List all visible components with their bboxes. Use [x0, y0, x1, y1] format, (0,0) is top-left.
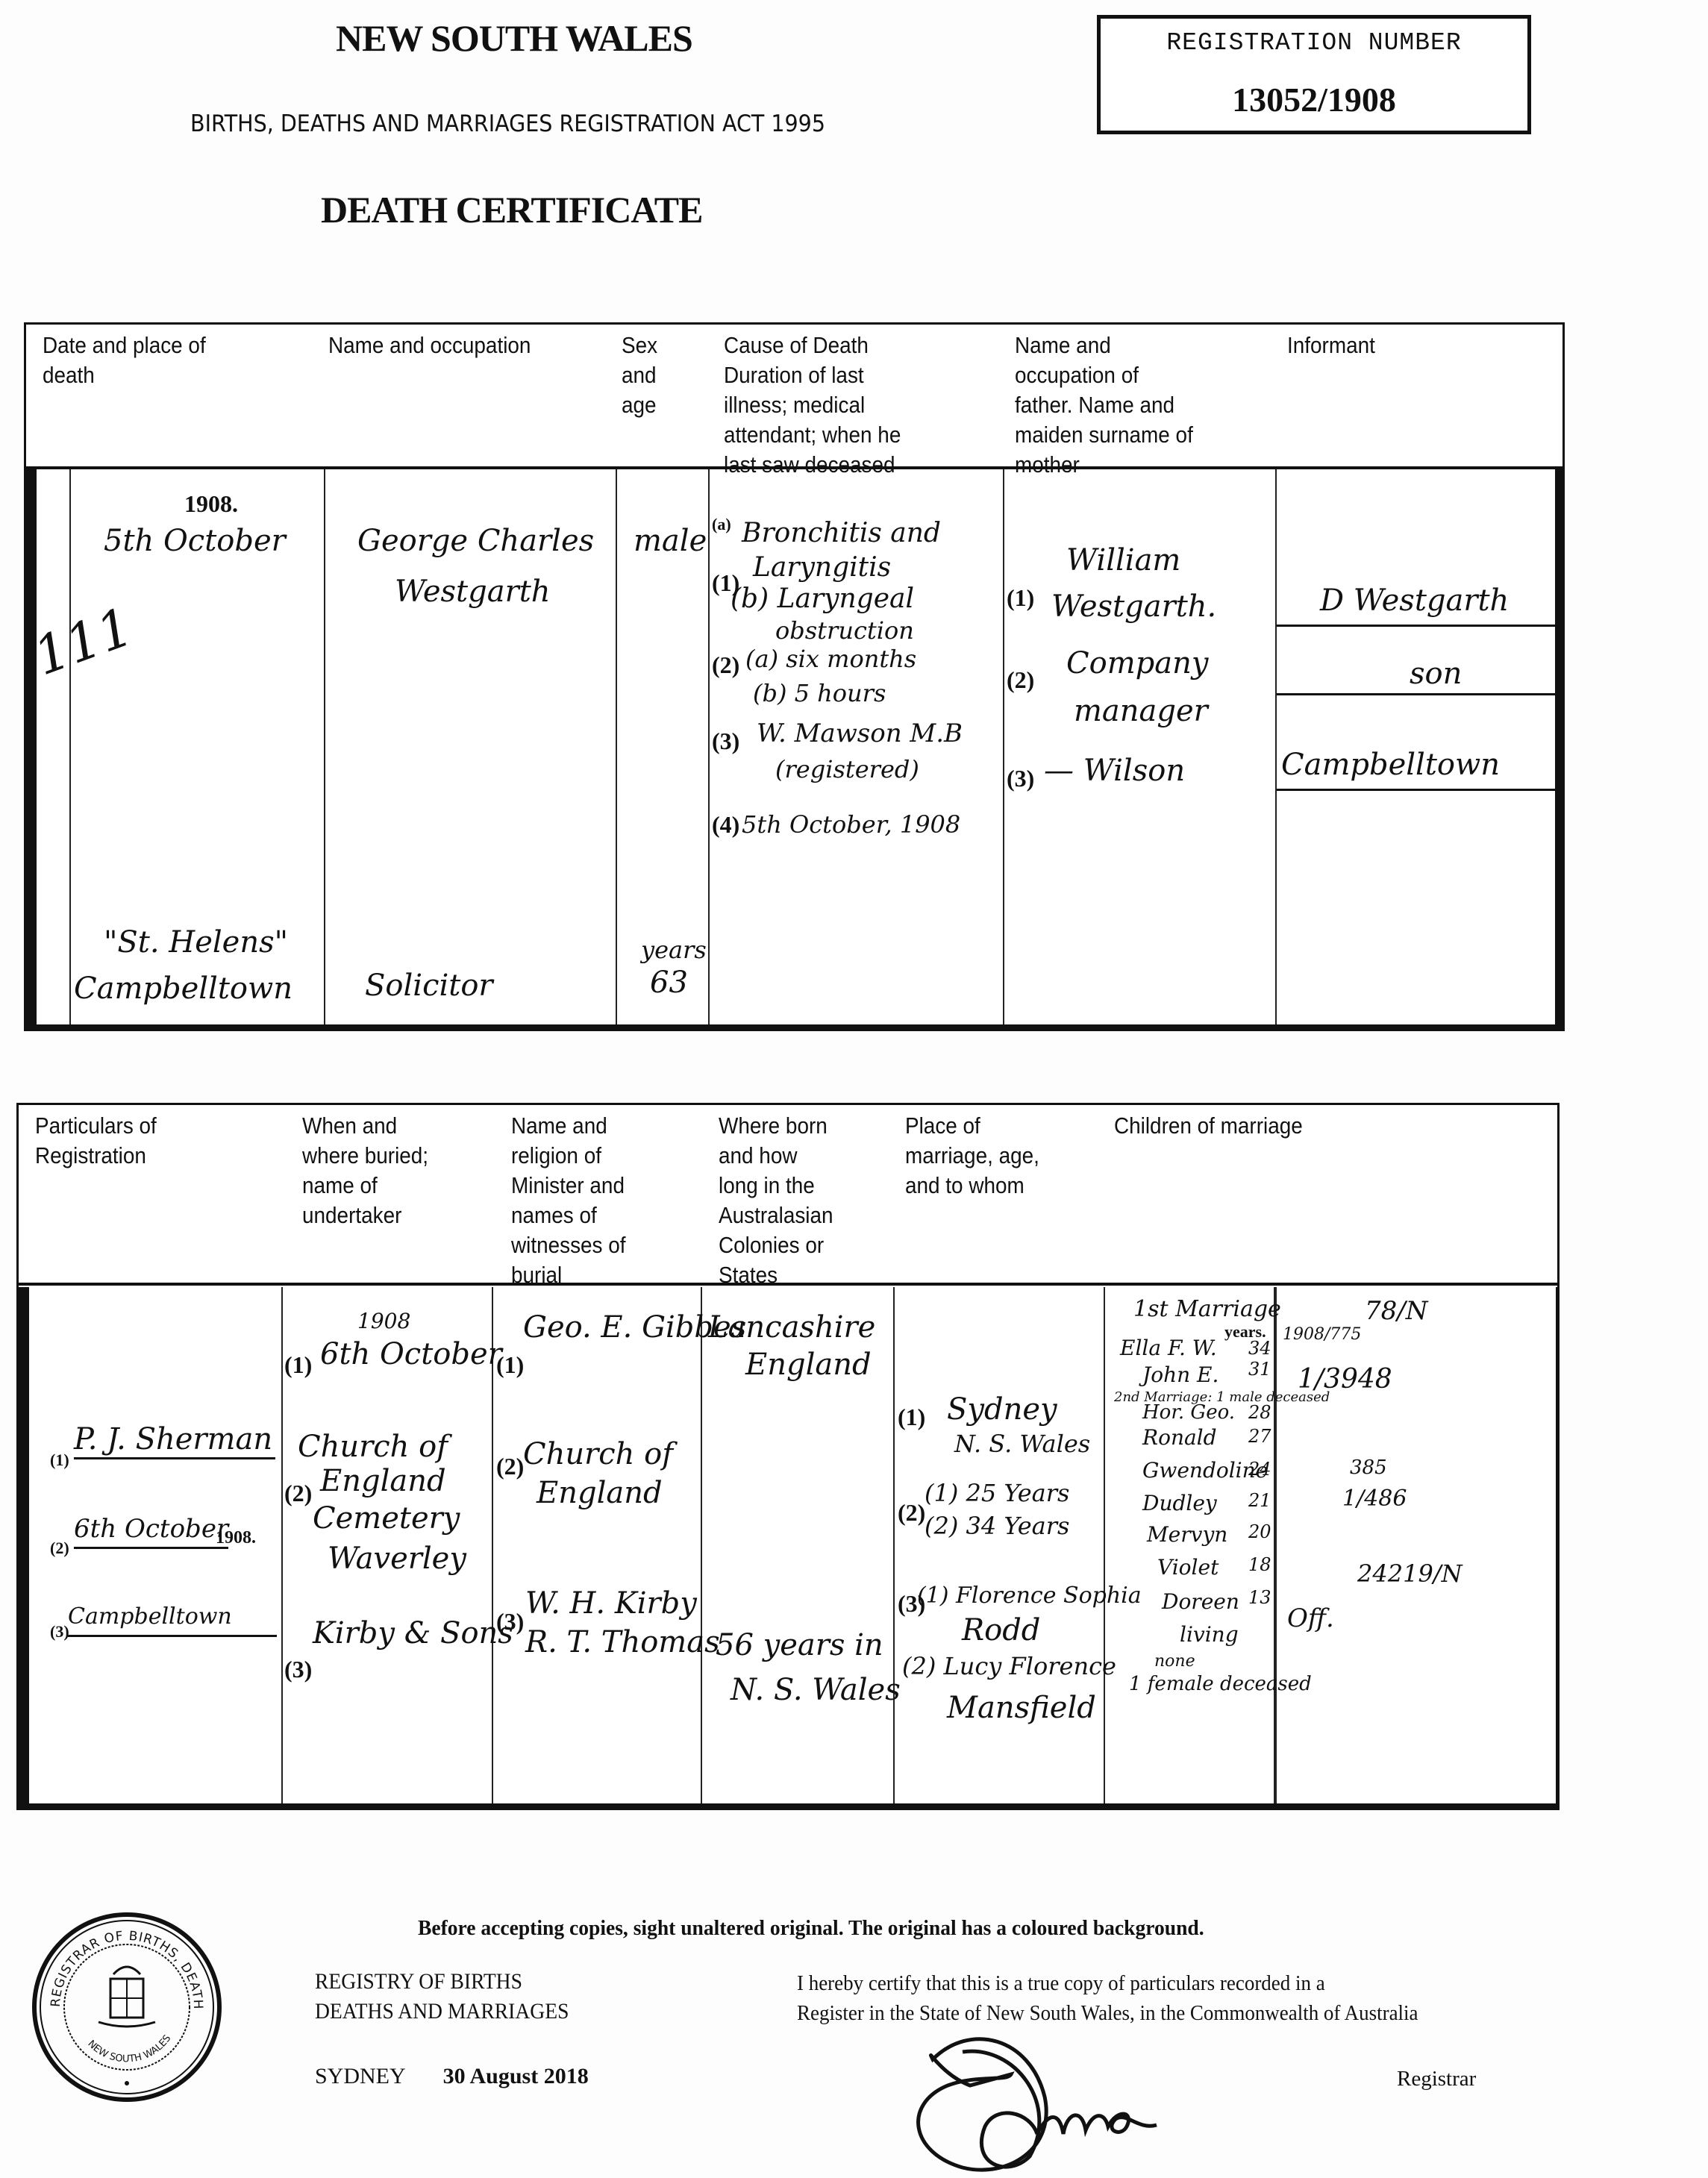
header-children: Children of marriage	[1114, 1111, 1303, 1141]
child-age: 13	[1248, 1580, 1271, 1615]
header-birthplace: Where bornand howlong in theAustralasian…	[719, 1111, 833, 1290]
witness-2: R. T. Thomas	[525, 1624, 720, 1660]
column-divider	[1003, 469, 1004, 1024]
issue-city: SYDNEY	[315, 2064, 406, 2088]
father-occupation-line1: Company	[1066, 645, 1208, 681]
registration-number: 13052/1908	[1101, 80, 1527, 119]
death-year: 1908.	[184, 486, 238, 522]
act-subtitle: BIRTHS, DEATHS AND MARRIAGES REGISTRATIO…	[190, 110, 825, 137]
registration-burial-table: Particulars ofRegistration When andwhere…	[16, 1103, 1560, 1810]
years-in-colony-line1: 56 years in	[716, 1627, 883, 1663]
marriage-marker-1: (1)	[898, 1399, 925, 1435]
header-marriage: Place ofmarriage, age,and to whom	[905, 1111, 1039, 1201]
registry-name: REGISTRY OF BIRTHS DEATHS AND MARRIAGES	[315, 1967, 569, 2027]
entry-number: 111	[26, 596, 141, 688]
children-deceased: 1 female deceased	[1129, 1666, 1312, 1702]
child-name: Ronald	[1142, 1420, 1217, 1456]
deceased-name-line1: George Charles	[357, 523, 594, 559]
marriage-place-line1: Sydney	[947, 1392, 1057, 1427]
header-name-occupation: Name and occupation	[328, 331, 531, 360]
child-name: Violet	[1157, 1550, 1219, 1586]
header-cause-of-death: Cause of DeathDuration of lastillness; m…	[724, 331, 901, 480]
spouse-2-line2: Mansfield	[947, 1690, 1096, 1726]
witness-1: W. H. Kirby	[525, 1586, 697, 1621]
father-name-line2: Westgarth.	[1051, 589, 1216, 625]
certify-line-2: Register in the State of New South Wales…	[797, 1998, 1418, 2028]
header-informant: Informant	[1287, 331, 1375, 360]
deceased-age: 63	[650, 965, 688, 1001]
informant-residence: Campbelltown	[1281, 747, 1500, 783]
margin-note: 1/3948	[1298, 1362, 1392, 1398]
registry-line-2: DEATHS AND MARRIAGES	[315, 1997, 569, 2027]
child-name: Dudley	[1142, 1486, 1217, 1521]
mother-maiden-name: — Wilson	[1044, 753, 1185, 789]
birthplace-line2: England	[745, 1347, 872, 1383]
cause-marker-a: (a)	[712, 507, 731, 542]
column-divider	[1104, 1287, 1105, 1803]
death-place-line2: Campbelltown	[74, 971, 293, 1007]
column-divider	[324, 469, 325, 1024]
burial-marker-2: (2)	[284, 1475, 312, 1511]
age-label: years	[641, 932, 707, 968]
attendant-note: (registered)	[775, 751, 919, 787]
duration-a: (a) six months	[745, 641, 916, 677]
burial-marker-1: (1)	[284, 1347, 312, 1383]
spouse-1-line2: Rodd	[962, 1612, 1040, 1648]
registrar-label: Registrar	[1397, 2067, 1476, 2091]
death-particulars-table: Date and place ofdeath Name and occupati…	[24, 322, 1565, 1031]
margin-note: 24219/N	[1357, 1556, 1463, 1592]
child-age: 27	[1248, 1418, 1271, 1454]
table-header: Date and place ofdeath Name and occupati…	[26, 325, 1562, 469]
margin-note: 78/N	[1365, 1293, 1427, 1329]
reg-marker-3: (3)	[50, 1614, 69, 1650]
marriage-age-2: (2) 34 Years	[925, 1508, 1069, 1544]
issue-location-date: SYDNEY30 August 2018	[315, 2064, 589, 2089]
registration-date: 6th October	[74, 1511, 228, 1549]
margin-note: Off.	[1287, 1600, 1334, 1636]
death-place-line1: "St. Helens"	[104, 924, 288, 960]
header-father-mother: Name andoccupation offather. Name andmai…	[1015, 331, 1193, 480]
svg-text:NEW SOUTH WALES: NEW SOUTH WALES	[85, 2033, 173, 2065]
burial-place-line1: Church of	[298, 1429, 448, 1465]
cause-marker-2: (2)	[712, 647, 739, 683]
registrar-seal-icon: REGISTRAR OF BIRTHS, DEATHS AND MARRIAGE…	[30, 1910, 224, 2104]
cause-a-line2: Laryngitis	[753, 550, 891, 586]
registration-place: Campbelltown	[68, 1599, 277, 1637]
child-age: 21	[1248, 1483, 1271, 1518]
burial-place-line3: Cemetery	[313, 1500, 460, 1536]
spouse-2-line1: (2) Lucy Florence	[902, 1648, 1116, 1684]
burial-date: 6th October	[320, 1336, 502, 1372]
child-age: 20	[1248, 1514, 1271, 1550]
header-date-place: Date and place ofdeath	[43, 331, 206, 390]
father-name-line1: William	[1066, 542, 1180, 578]
minister-marker-1: (1)	[496, 1347, 524, 1383]
child-age: 24	[1248, 1451, 1271, 1487]
registrar-name: P. J. Sherman	[74, 1421, 275, 1459]
undertaker: Kirby & Sons	[313, 1615, 513, 1651]
birthplace-line1: Lancashire	[708, 1309, 875, 1345]
table-body: (1) P. J. Sherman (2) 6th October 1908. …	[19, 1287, 1557, 1808]
cause-b: (b) Laryngeal	[731, 581, 914, 617]
years-in-colony-line2: N. S. Wales	[731, 1672, 901, 1708]
registry-line-1: REGISTRY OF BIRTHS	[315, 1967, 569, 1997]
burial-marker-3: (3)	[284, 1651, 312, 1687]
duration-b: (b) 5 hours	[753, 675, 886, 711]
burial-place-line2: England	[320, 1463, 446, 1499]
informant-name: D Westgarth	[1320, 583, 1509, 619]
issue-date: 30 August 2018	[443, 2064, 589, 2088]
minister-marker-2: (2)	[496, 1448, 524, 1484]
column-divider	[701, 1287, 702, 1803]
death-date: 5th October	[104, 523, 286, 559]
jurisdiction-title: NEW SOUTH WALES	[336, 16, 692, 60]
child-name: Doreen	[1162, 1584, 1239, 1620]
registration-label: REGISTRATION NUMBER	[1101, 29, 1527, 57]
column-divider	[1274, 1287, 1277, 1803]
religion-line1: Church of	[523, 1436, 673, 1472]
child-name: Mervyn	[1147, 1517, 1227, 1553]
margin-note: 1908/775	[1283, 1317, 1361, 1353]
registrar-signature-icon	[880, 2030, 1313, 2178]
column-divider	[616, 469, 617, 1024]
document-title: DEATH CERTIFICATE	[321, 188, 702, 231]
father-marker-3: (3)	[1007, 760, 1034, 796]
informant-rule	[1277, 625, 1555, 627]
cause-a: Bronchitis and	[742, 516, 941, 551]
svg-text:REGISTRAR OF BIRTHS, DEATHS AN: REGISTRAR OF BIRTHS, DEATHS AND MARRIAGE…	[30, 1910, 205, 2010]
certify-line-1: I hereby certify that this is a true cop…	[797, 1968, 1418, 1998]
column-divider	[69, 469, 71, 1024]
header-minister-witnesses: Name andreligion ofMinister andnames ofw…	[511, 1111, 626, 1290]
deceased-sex: male	[634, 523, 707, 559]
column-divider	[281, 1287, 283, 1803]
table-header: Particulars ofRegistration When andwhere…	[19, 1105, 1557, 1286]
authenticity-warning: Before accepting copies, sight unaltered…	[418, 1916, 1204, 1941]
deceased-occupation: Solicitor	[365, 968, 493, 1004]
registration-year: 1908.	[216, 1520, 256, 1556]
medical-attendant: W. Mawson M.B	[757, 716, 963, 751]
burial-place-line4: Waverley	[328, 1541, 466, 1577]
column-divider	[893, 1287, 895, 1803]
header-burial: When andwhere buried;name ofundertaker	[302, 1111, 428, 1230]
certification-statement: I hereby certify that this is a true cop…	[797, 1968, 1418, 2028]
margin-note: 385	[1350, 1450, 1387, 1486]
burial-year: 1908	[357, 1304, 410, 1339]
reg-marker-2: (2)	[50, 1530, 69, 1566]
header-particulars-registration: Particulars ofRegistration	[35, 1111, 157, 1171]
father-occupation-line2: manager	[1074, 693, 1208, 729]
cause-marker-3: (3)	[712, 723, 739, 759]
registration-number-box: REGISTRATION NUMBER 13052/1908	[1097, 15, 1531, 134]
margin-note: 1/486	[1342, 1481, 1407, 1517]
deceased-name-line2: Westgarth	[395, 574, 551, 610]
minister-marker-3: (3)	[496, 1603, 524, 1639]
marriage-marker-2: (2)	[898, 1495, 925, 1530]
child-age: 18	[1248, 1547, 1271, 1583]
marriage-age-1: (1) 25 Years	[925, 1475, 1069, 1511]
informant-relation: son	[1410, 656, 1462, 692]
father-marker-1: (1)	[1007, 580, 1034, 616]
religion-line2: England	[537, 1475, 663, 1511]
cause-marker-4: (4)	[712, 807, 739, 842]
father-marker-2: (2)	[1007, 662, 1034, 698]
column-divider	[1275, 469, 1277, 1024]
informant-rule	[1277, 693, 1555, 695]
column-divider	[708, 469, 710, 1024]
reg-marker-1: (1)	[50, 1442, 69, 1478]
header-sex-age: Sexandage	[622, 331, 657, 420]
marriage-place-line2: N. S. Wales	[954, 1426, 1090, 1462]
spouse-1-line1: (1) Florence Sophia	[917, 1578, 1142, 1614]
last-seen-date: 5th October, 1908	[742, 807, 960, 842]
informant-rule	[1277, 789, 1555, 791]
table-body: 111 1908. 5th October "St. Helens" Campb…	[26, 469, 1562, 1029]
